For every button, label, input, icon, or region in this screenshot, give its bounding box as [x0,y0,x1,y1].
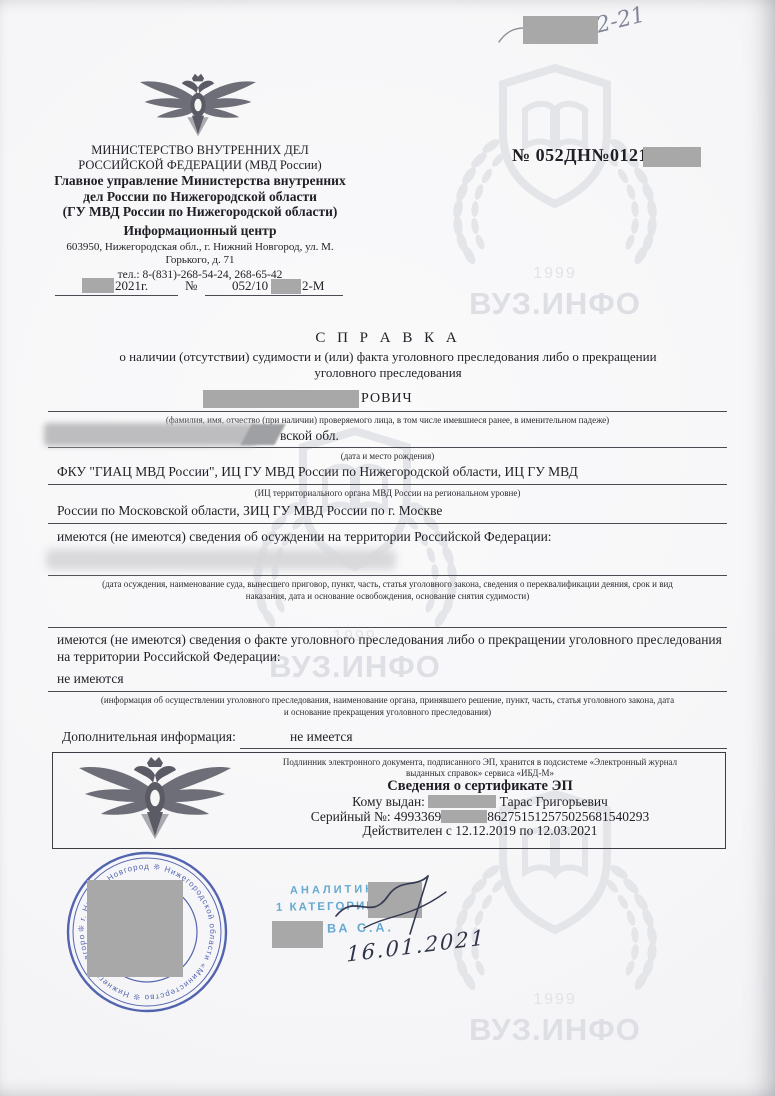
header-line: Главное управление Министерства внутренн… [50,173,350,189]
prosecution-statement: имеются (не имеются) сведения о факте уг… [57,632,722,648]
watermark-brand: ВУЗ.ИНФО [435,286,675,322]
certificate-note: выданных справок» сервиса «ИБД-М» [241,768,719,779]
header-line: Информационный центр [50,223,350,239]
prosecution-caption: (информация об осуществлении уголовного … [48,695,727,705]
registry-org-line1: ФКУ "ГИАЦ МВД России", ИЦ ГУ МВД России … [57,464,578,480]
redaction-box [271,279,301,294]
prosecution-answer: не имеются [57,671,124,687]
redaction-box [82,278,114,293]
redaction-box [87,880,183,977]
additional-info-label: Дополнительная информация: [62,729,236,745]
conviction-caption: (дата осуждения, наименование суда, выне… [48,579,727,589]
rule-line [48,484,727,485]
serial-label: Серийный №: [311,809,391,824]
header-org-block: МИНИСТЕРСТВО ВНУТРЕННИХ ДЕЛ РОССИЙСКОЙ Ф… [50,143,350,282]
redaction-box [441,810,487,823]
case-number-suffix: 2-М [302,278,324,294]
header-address: 603950, Нижегородская обл., г. Нижний Но… [50,241,350,254]
header-line: РОССИЙСКОЙ ФЕДЕРАЦИИ (МВД России) [50,158,350,173]
person-name-visible: РОВИЧ [361,391,413,407]
handwritten-top-note: 2-21 [594,2,648,38]
redaction-box [523,16,598,44]
issue-date: 2021г. [115,278,148,294]
document-page: 1999 ВУЗ.ИНФО 1999 ВУЗ.ИНФО 1999 ВУЗ.ИНФ… [0,0,775,1096]
watermark-brand: ВУЗ.ИНФО [435,1012,675,1048]
signature-certificate-box: Подлинник электронного документа, подпис… [52,752,726,849]
mvd-emblem-icon [75,756,235,840]
birth-caption: (дата и место рождения) [48,451,727,461]
prosecution-caption: и основание прекращения уголовного пресл… [48,707,727,717]
additional-info-value: не имеется [290,729,353,745]
case-number-prefix: 052/10 [232,278,268,294]
birth-place-visible: вской обл. [280,428,339,444]
shield-book-icon [493,62,617,212]
rule-line [48,627,727,628]
header-line: (ГУ МВД России по Нижегородской области) [50,204,350,220]
number-sign: № [185,278,197,294]
title-sub: о наличии (отсутствии) судимости и (или)… [48,349,728,365]
redaction-box [643,147,701,167]
rule-line [48,691,727,692]
redaction-box [428,795,496,808]
issued-label: Кому выдан: [352,794,425,809]
redaction-box [272,921,323,948]
conviction-statement: имеются (не имеются) сведения об осужден… [57,529,552,545]
rule-line [48,447,727,448]
issued-value: Тарас Григорьевич [500,794,608,809]
rule-line [48,523,727,524]
certificate-serial-line: Серийный №: 4993369862751512575025681540… [241,810,719,825]
registry-caption: (ИЦ территориального органа МВД России н… [48,488,727,498]
header-address: Горького, д. 71 [50,254,350,267]
rule-line [48,411,727,412]
certificate-validity: Действителен с 12.12.2019 по 12.03.2021 [241,824,719,839]
prosecution-statement: на территории Российской Федерации: [57,649,281,665]
title-main: С П Р А В К А [48,330,728,347]
rule-line [48,575,727,576]
laurel-branch-icon [435,134,505,264]
laurel-branch-icon [605,860,675,990]
redaction-blur [46,549,396,570]
certificate-title: Сведения о сертификате ЭП [241,778,719,795]
serial-suffix: 862751512575025681540293 [487,809,649,824]
certificate-note: Подлинник электронного документа, подпис… [241,757,719,768]
registry-org-line2: России по Московской области, ЗИЦ ГУ МВД… [57,503,442,519]
certificate-issued-line: Кому выдан: Тарас Григорьевич [241,795,719,810]
rule-line [240,748,727,749]
redaction-box [203,390,359,408]
watermark-top: 1999 ВУЗ.ИНФО [435,62,675,327]
title-block: С П Р А В К А о наличии (отсутствии) суд… [48,330,728,381]
serial-prefix: 4993369 [394,809,441,824]
redaction-blur [44,423,256,446]
conviction-caption: наказания, дата и основание освобождения… [48,591,727,601]
title-sub: уголовного преследования [48,365,728,381]
certificate-text-block: Подлинник электронного документа, подпис… [241,757,719,839]
document-number: № 052ДН№0121 [512,145,648,166]
header-line: дел России по Нижегородской области [50,189,350,205]
watermark-year: 1999 [435,991,675,1009]
header-line: МИНИСТЕРСТВО ВНУТРЕННИХ ДЕЛ [50,143,350,158]
mvd-emblem-icon [137,70,259,140]
rule-line [55,295,178,296]
watermark-year: 1999 [435,265,675,283]
rule-line [205,295,343,296]
